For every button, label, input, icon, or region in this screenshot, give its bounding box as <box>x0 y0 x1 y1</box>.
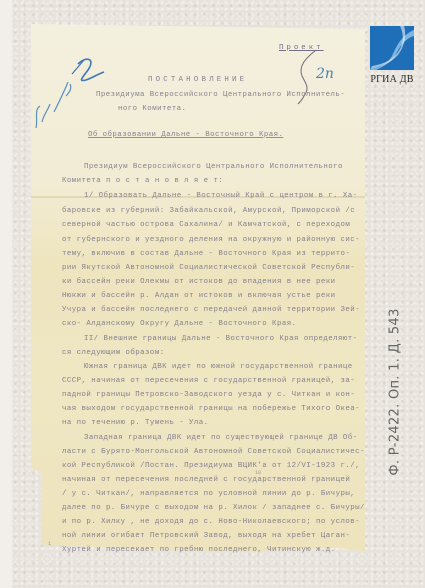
archive-logo: РГИА ДВ <box>370 26 414 86</box>
ribbon-logo-icon <box>370 26 414 70</box>
body-line: ся следующим образом: <box>62 350 165 357</box>
body-line: ско- Алданскому Округу Дальне - Восточно… <box>62 321 297 328</box>
scan-backing-edge <box>0 0 12 588</box>
body-line: кой Республикой /Постан. Президиума ВЦИК… <box>62 463 360 470</box>
body-line: на по течению р. Тумень - Ула. <box>62 420 209 427</box>
body-line: далее по р. Бичуре с выходом на р. Хилок… <box>62 505 365 512</box>
body-line: 1/ Образовать Дальне - Восточный Край с … <box>84 193 358 200</box>
body-line: начиная от пересечения последней с госуд… <box>62 477 350 484</box>
body-line: ки бассейн реки Олекмы от истоков до впа… <box>62 279 336 286</box>
body-line: тему, включив в состав Дальне - Восточно… <box>62 251 350 258</box>
body-line: от губернского и уездного деления на окр… <box>62 237 360 244</box>
body-line: баровске из губерний: Забайкальской, Аму… <box>62 208 355 215</box>
archive-reference: Ф. Р-2422. Оп. 1. Д. 543 <box>388 308 403 475</box>
body-line: ной линии огибает Петровский Завод, выхо… <box>62 533 350 540</box>
body-line: Президиум Всероссийского Центрального Ис… <box>84 164 343 171</box>
body-line: северной частью острова Сахалина/ и Камч… <box>62 222 350 229</box>
issuer-line-1: Президиума Всероссийского Центрального И… <box>96 92 345 99</box>
body-line: / у с. Читкан/, направляется по условной… <box>62 491 355 498</box>
body-line: падной границы Петровско-Заводского уезд… <box>62 392 355 399</box>
document-subject: Об образовании Дальне - Восточного Края. <box>88 132 283 139</box>
body-line: Нюкжи и бассейн р. Алдан от истоков и вк… <box>62 293 336 300</box>
issuer-line-2: ного Комитета. <box>118 106 186 113</box>
body-line: рии Якутской Автономной Социалистической… <box>62 265 355 272</box>
body-line: и по р. Хилку , не доходя до с. Ново-Ник… <box>62 519 360 526</box>
body-line: ласти с Бурято-Монгольской Автономной Со… <box>62 449 365 456</box>
body-line: Хуртей и пересекает по гребню последнего… <box>62 547 336 554</box>
body-line: Учура и бассейн последнего с передачей д… <box>62 307 360 314</box>
body-line: СССР, начиная от пересечения с государст… <box>62 378 355 385</box>
archive-logo-text: РГИА ДВ <box>370 74 414 85</box>
left-margin-mark: 1 <box>48 541 51 547</box>
body-line: Комитета п о с т а н о в л я е т: <box>62 178 223 185</box>
body-line: Южная граница ДВК идет по южной государс… <box>84 364 353 371</box>
page-mark: 10 <box>255 470 261 476</box>
body-line: чая выходом государственной границы на п… <box>62 406 360 413</box>
handwritten-margin-annotation <box>26 52 106 132</box>
document-title: ПОСТАНОВЛЕНИЕ <box>148 77 247 84</box>
handwritten-page-number: 2п <box>316 66 334 82</box>
body-line: Западная граница ДВК идет по существующе… <box>84 435 358 442</box>
body-line: II/ Внешние границы Дальне - Восточного … <box>84 336 358 343</box>
